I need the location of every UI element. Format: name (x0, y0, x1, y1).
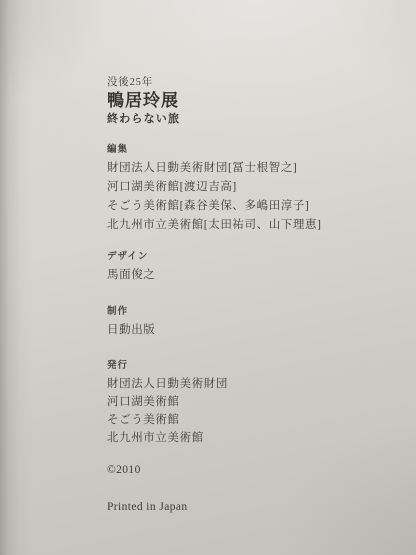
editing-line: そごう美術館[森谷美保、多嶋田淳子] (107, 197, 397, 216)
section-label-design: デザイン (107, 251, 397, 263)
title-block: 没後25年 鴨居玲展 終わらない旅 (107, 77, 397, 126)
page-edge-shadow (0, 0, 32, 555)
editing-line: 北九州市立美術館[太田祐司、山下理恵] (107, 216, 397, 235)
section-publisher: 発行 財団法人日動美術財団 河口湖美術館 そごう美術館 北九州市立美術館 (107, 360, 397, 447)
section-design: デザイン 馬面俊之 (107, 251, 397, 285)
editing-line: 河口湖美術館[渡辺吉高] (107, 178, 397, 197)
design-line: 馬面俊之 (107, 266, 397, 285)
printed-in-japan-note: Printed in Japan (107, 500, 397, 514)
colophon-text-block: 没後25年 鴨居玲展 終わらない旅 編集 財団法人日動美術財団[冨士根智之] 河… (107, 77, 397, 514)
section-label-editing: 編集 (107, 144, 397, 156)
editing-line: 財団法人日動美術財団[冨士根智之] (107, 159, 397, 178)
section-label-publisher: 発行 (107, 360, 397, 372)
publisher-line: 河口湖美術館 (107, 393, 397, 411)
exhibition-title: 鴨居玲展 (107, 91, 397, 110)
publisher-line: 北九州市立美術館 (107, 429, 397, 447)
exhibition-subtitle: 終わらない旅 (107, 113, 397, 126)
copyright-notice: ©2010 (107, 463, 397, 477)
book-colophon-page-photo: 没後25年 鴨居玲展 終わらない旅 編集 財団法人日動美術財団[冨士根智之] 河… (0, 0, 416, 555)
section-lines-production: 日動出版 (107, 321, 397, 340)
publisher-line: 財団法人日動美術財団 (107, 375, 397, 393)
section-lines-design: 馬面俊之 (107, 266, 397, 285)
section-production: 制作 日動出版 (107, 306, 397, 340)
section-lines-editing: 財団法人日動美術財団[冨士根智之] 河口湖美術館[渡辺吉高] そごう美術館[森谷… (107, 159, 397, 235)
section-label-production: 制作 (107, 306, 397, 318)
series-note: 没後25年 (107, 77, 397, 89)
section-lines-publisher: 財団法人日動美術財団 河口湖美術館 そごう美術館 北九州市立美術館 (107, 375, 397, 447)
section-editing: 編集 財団法人日動美術財団[冨士根智之] 河口湖美術館[渡辺吉高] そごう美術館… (107, 144, 397, 235)
publisher-line: そごう美術館 (107, 411, 397, 429)
production-line: 日動出版 (107, 321, 397, 340)
